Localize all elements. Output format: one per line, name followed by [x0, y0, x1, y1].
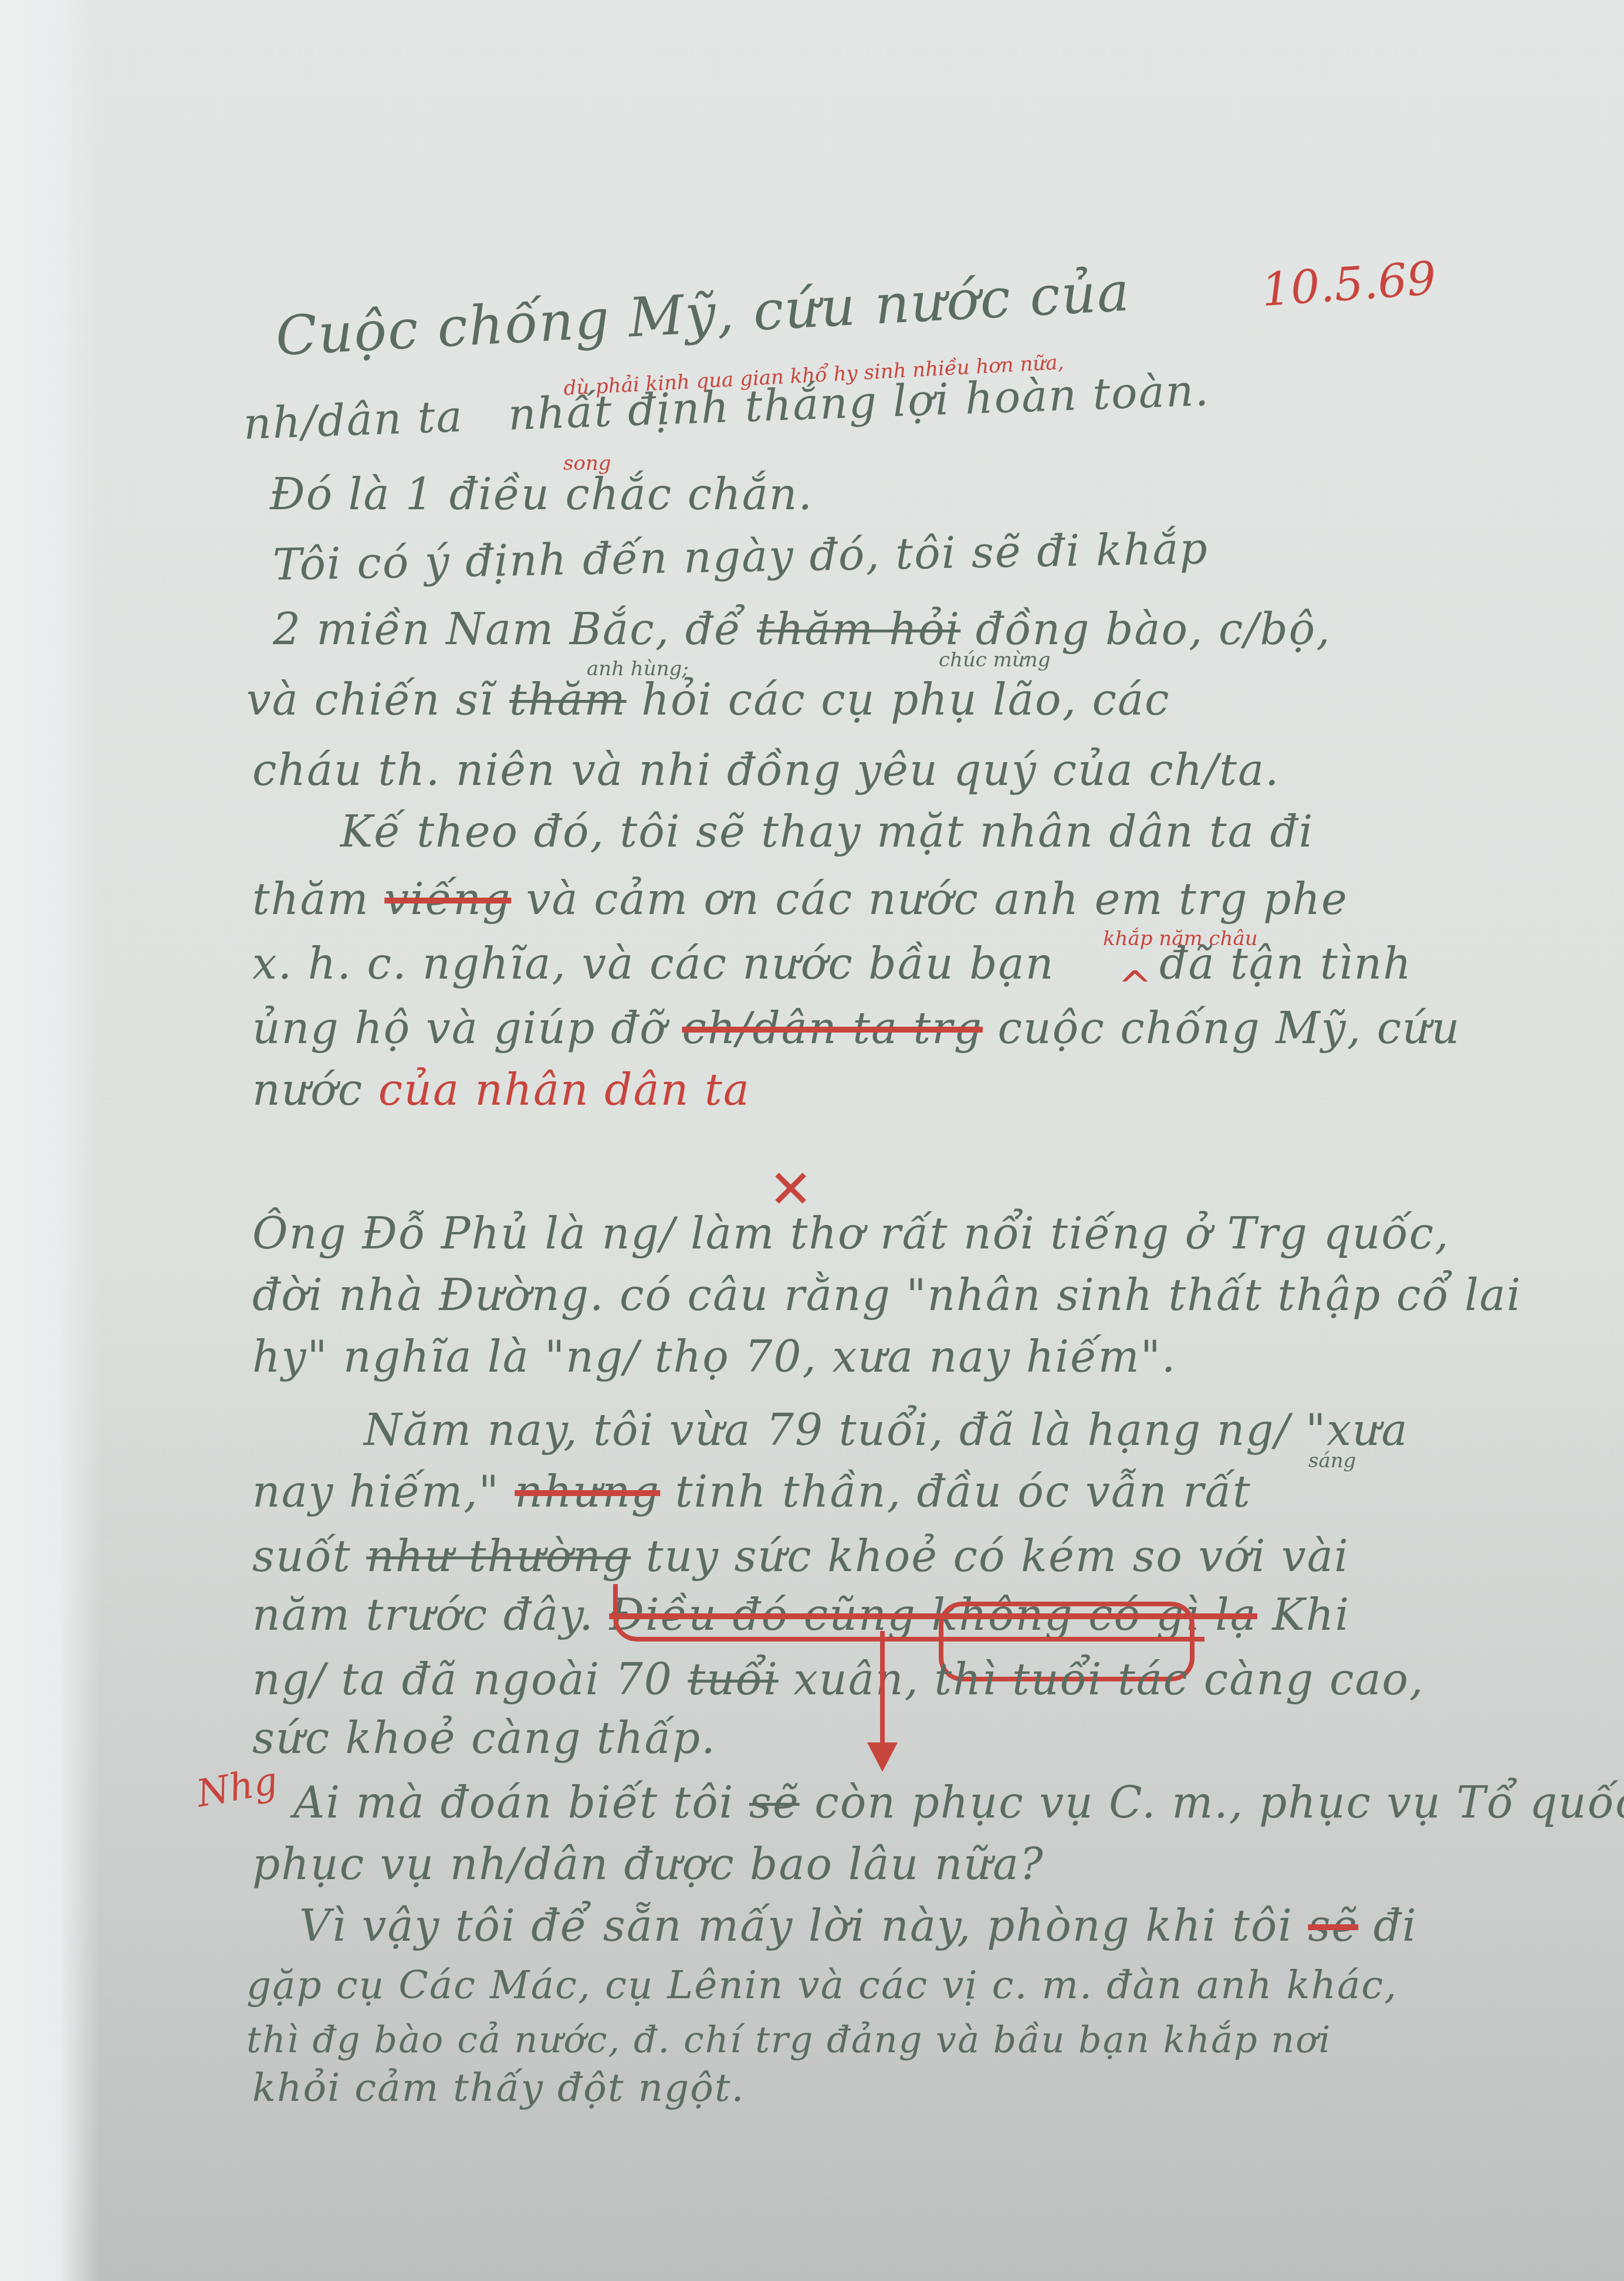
text-segment: năm trước đây. — [252, 1590, 594, 1640]
text-line: nước của nhân dân ta — [252, 1065, 750, 1115]
text-segment: ng/ ta đã ngoài 70 — [252, 1654, 673, 1705]
text-line: Năm nay, tôi vừa 79 tuổi, đã là hạng ng/… — [364, 1405, 1409, 1456]
struck-text: tuổi — [688, 1654, 778, 1705]
text-line: hy" nghĩa là "ng/ thọ 70, xưa nay hiếm". — [252, 1332, 1176, 1382]
margin-note: Nhg — [194, 1759, 281, 1816]
text-segment: suốt — [252, 1531, 351, 1582]
text-segment: và cảm ơn các nước anh em trg phe — [526, 874, 1348, 925]
text-segment: Ai mà đoán biết tôi — [293, 1778, 734, 1828]
text-line: Cuộc chống Mỹ, cứu nước của — [274, 260, 1132, 368]
text-line: thăm viếng và cảm ơn các nước anh em trg… — [252, 874, 1348, 925]
text-line: sức khoẻ càng thấp. — [252, 1713, 716, 1764]
text-segment: thăm — [252, 874, 370, 925]
text-line: Ông Đỗ Phủ là ng/ làm thơ rất nổi tiếng … — [252, 1209, 1450, 1259]
text-segment: nước — [252, 1065, 363, 1115]
text-line: Tôi có ý định đến ngày đó, tôi sẽ đi khắ… — [272, 523, 1209, 590]
text-segment: nay hiếm," — [252, 1467, 500, 1517]
correction-insert: của nhân dân ta — [378, 1065, 750, 1115]
text-segment: ủng hộ và giúp đỡ — [252, 1003, 667, 1054]
text-line: phục vụ nh/dân được bao lâu nữa? — [252, 1839, 1044, 1890]
text-segment: còn phục vụ C. m., phục vụ Tổ quốc, — [814, 1778, 1624, 1828]
text-line: 2 miền Nam Bắc, để thăm hỏi đồng bào, c/… — [273, 604, 1331, 655]
struck-text: nhưng — [515, 1467, 660, 1517]
text-line: ng/ ta đã ngoài 70 tuổi xuân, thì tuổi t… — [252, 1654, 1425, 1705]
text-line: đời nhà Đường. có câu rằng "nhân sinh th… — [252, 1270, 1522, 1321]
manuscript-page: 10.5.69 Cuộc chống Mỹ, cứu nước của dù p… — [0, 0, 1624, 2281]
text-segment: đồng bào, c/bộ, — [976, 604, 1331, 655]
text-segment: 2 miền Nam Bắc, để — [273, 604, 742, 655]
text-line: khỏi cảm thấy đột ngột. — [252, 2065, 745, 2110]
insert-note: sáng — [1308, 1449, 1356, 1473]
text-line: ủng hộ và giúp đỡ ch/dân ta trg cuộc chố… — [252, 1003, 1460, 1054]
text-line: gặp cụ Các Mác, cụ Lênin và các vị c. m.… — [246, 1962, 1398, 2008]
text-line: cháu th. niên và nhi đồng yêu quý của ch… — [252, 745, 1280, 796]
text-segment: hỏi các cụ phụ lão, các — [641, 675, 1170, 725]
text-segment: Vì vậy tôi để sẵn mấy lời này, phòng khi… — [299, 1901, 1293, 1951]
text-segment: xuân, thì tuổi tác càng cao, — [793, 1654, 1424, 1705]
text-segment: cuộc chống Mỹ, cứu — [998, 1003, 1461, 1054]
struck-text: viếng — [384, 874, 511, 925]
text-segment: và chiến sĩ — [246, 675, 495, 725]
text-line: Đó là 1 điều chắc chắn. — [270, 469, 813, 520]
struck-text: sẽ — [749, 1778, 800, 1828]
text-line: và chiến sĩ thăm hỏi các cụ phụ lão, các — [246, 675, 1170, 725]
struck-text: thăm — [509, 675, 627, 725]
text-line: x. h. c. nghĩa, và các nước bầu bạn đã t… — [252, 939, 1412, 989]
text-segment: nh/dân ta — [242, 391, 464, 449]
text-segment: tuy sức khoẻ có kém so với vài — [646, 1531, 1349, 1582]
date-note: 10.5.69 — [1260, 252, 1437, 317]
text-line: Vì vậy tôi để sẵn mấy lời này, phòng khi… — [299, 1901, 1417, 1951]
text-line: Ai mà đoán biết tôi sẽ còn phục vụ C. m.… — [293, 1778, 1624, 1828]
struck-text: sẽ — [1308, 1901, 1358, 1951]
arrow-down-icon — [867, 1742, 898, 1772]
text-segment: Khi — [1272, 1590, 1350, 1640]
text-segment: tinh thần, đầu óc vẫn rất — [675, 1467, 1251, 1517]
struck-text: ch/dân ta trg — [682, 1003, 983, 1054]
struck-text: như thường — [366, 1531, 631, 1582]
text-segment: đã tận tình — [1159, 939, 1412, 989]
text-segment: đi — [1373, 1901, 1417, 1951]
text-segment: x. h. c. nghĩa, và các nước bầu bạn — [252, 939, 1054, 989]
struck-text: thăm hỏi — [757, 604, 960, 655]
insert-note: chúc mừng — [939, 648, 1051, 672]
text-line: Kế theo đó, tôi sẽ thay mặt nhân dân ta … — [340, 807, 1314, 857]
text-line: thì đg bào cả nước, đ. chí trg đảng và b… — [246, 2018, 1331, 2061]
move-arrow-shaft — [880, 1631, 885, 1754]
text-line: nay hiếm," nhưng tinh thần, đầu óc vẫn r… — [252, 1467, 1251, 1517]
text-line: suốt như thường tuy sức khoẻ có kém so v… — [252, 1531, 1349, 1582]
